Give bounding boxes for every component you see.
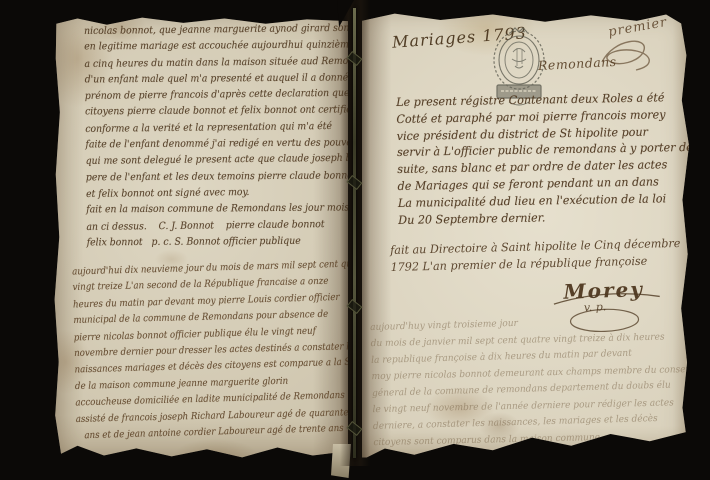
handwritten-line: pere de l'enfant et les deux temoins pie… <box>86 168 330 186</box>
stitch-knot <box>347 299 363 314</box>
register-dateline: fait au Directoire à Saint hipolite le C… <box>390 235 689 276</box>
right-page: Mariages 1793 Remondans premier Le prese… <box>362 10 689 462</box>
left-page-birth-act: nicolas bonnot, que jeanne marguerite ay… <box>84 21 330 252</box>
handwritten-line: citoyens pierre claude bonnot et felix b… <box>85 103 329 121</box>
register-certification-paragraph: Le present régistre Contenant deux Roles… <box>396 89 689 228</box>
handwritten-line: d'un enfant male quel m'a presenté et au… <box>85 70 329 88</box>
handwritten-line: fait en la maison commune de Remondans l… <box>86 201 330 219</box>
binding-tail-strip <box>331 444 351 478</box>
stitch-thread <box>353 8 356 458</box>
scanned-register-photo: nicolas bonnot, que jeanne marguerite ay… <box>0 0 710 480</box>
faint-bleedthrough-text: aujourd'huy vingt troisieme jourdu mois … <box>370 312 676 452</box>
stitch-knot <box>347 175 363 190</box>
handwritten-line: qui me sont delegué le present acte que … <box>86 151 330 170</box>
handwritten-line: felix bonnot p. c. S. Bonnot officier pu… <box>87 233 331 251</box>
paraph-flourish-icon <box>596 36 668 78</box>
left-page-second-act: aujourd'hui dix neuvieme jour du mois de… <box>72 258 325 444</box>
stitch-knot <box>347 51 363 66</box>
signature-morey: Morey <box>549 276 680 305</box>
left-page: nicolas bonnot, que jeanne marguerite ay… <box>54 14 348 460</box>
handwritten-line: faite de l'enfant denommé j'ai redigé en… <box>85 136 329 154</box>
handwritten-line: en legitime mariage est accouchée aujour… <box>84 38 328 56</box>
stitch-knot <box>347 421 363 436</box>
